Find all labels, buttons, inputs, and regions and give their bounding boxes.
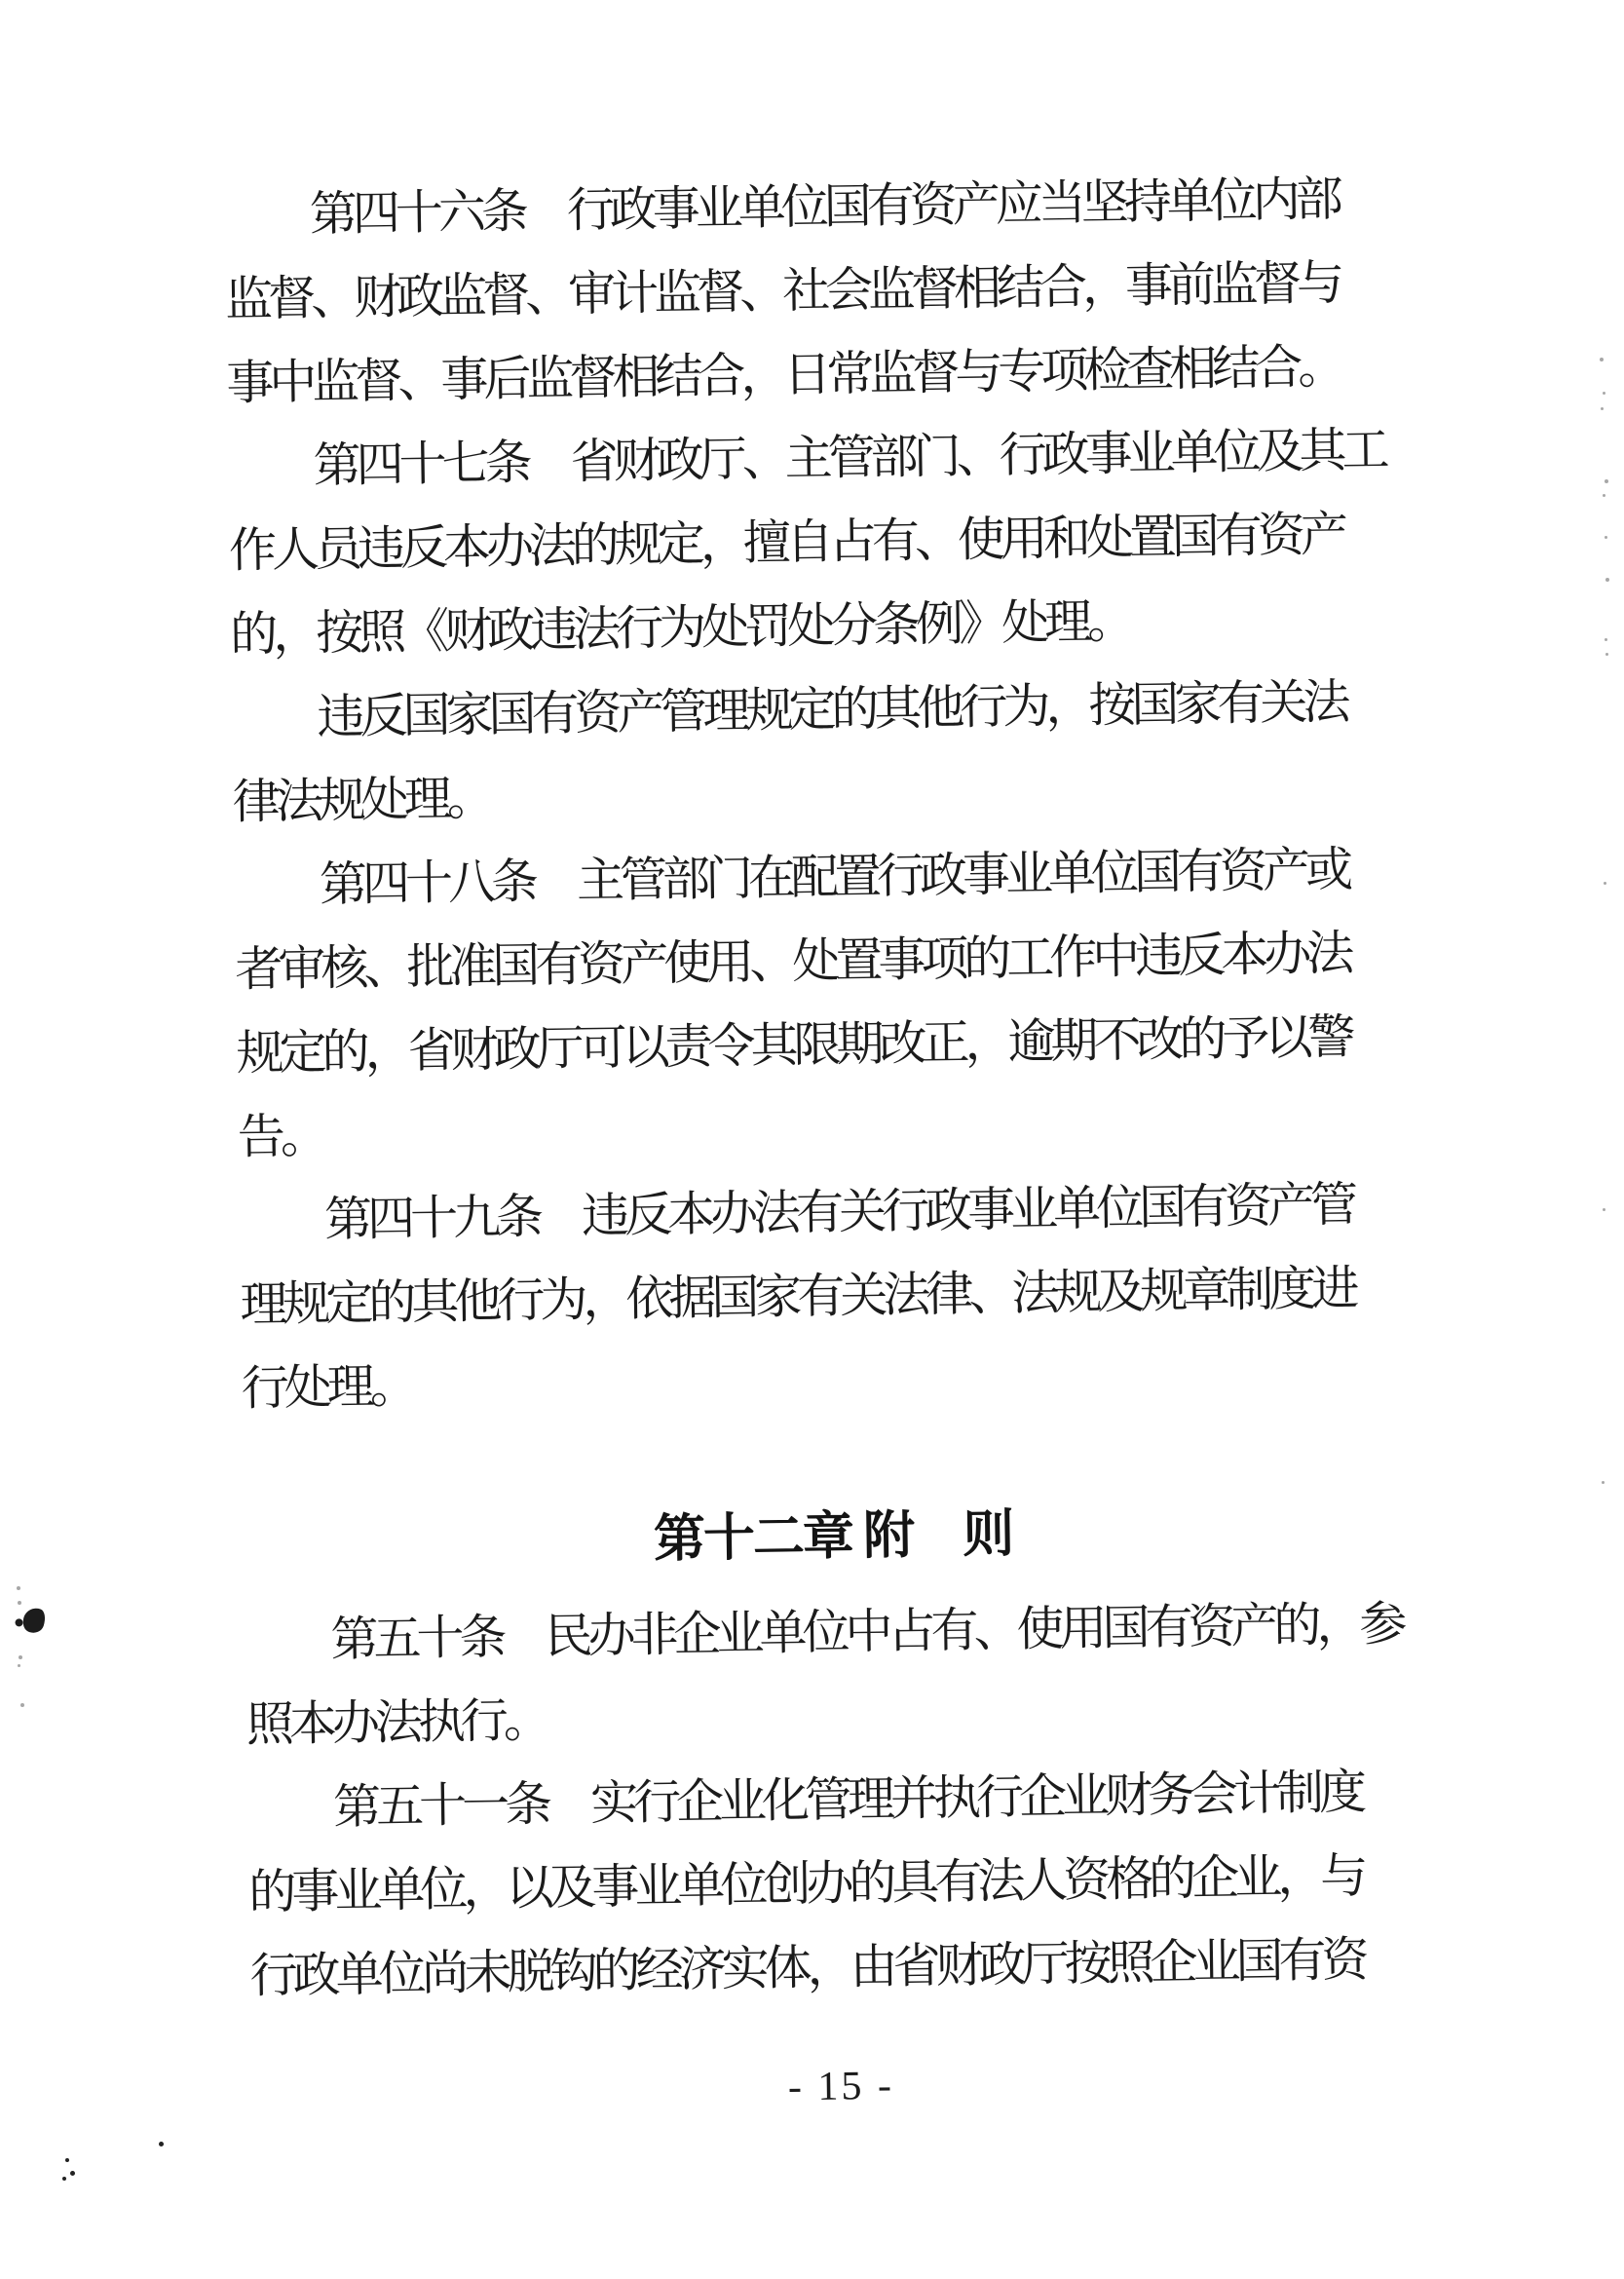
text-line: 行处理。: [241, 1330, 1420, 1431]
scan-speck: [1603, 1208, 1605, 1211]
paragraph-article-46: 第四十六条 行政事业单位国有资产应当坚持单位内部 监督、财政监督、审计监督、社会…: [223, 157, 1406, 426]
scan-speck: [1605, 578, 1609, 582]
scan-speck: [1605, 653, 1608, 656]
scan-speck: [70, 2171, 75, 2176]
scan-speck: [1603, 392, 1605, 395]
scan-speck: [19, 1655, 22, 1659]
text-column: 第四十六条 行政事业单位国有资产应当坚持单位内部 监督、财政监督、审计监督、社会…: [223, 157, 1430, 2119]
scan-speck: [62, 2177, 66, 2181]
text-line: 理规定的其他行为，依据国家有关法律、法规及规章制度进: [240, 1246, 1419, 1348]
text-line: 行政单位尚未脱钩的经济实体，由省财政厅按照企业国有资: [249, 1918, 1429, 2019]
paragraph-article-51: 第五十一条 实行企业化管理并执行企业财务会计制度 的事业单位，以及事业单位创办的…: [246, 1750, 1429, 2019]
scan-speck: [1602, 1481, 1605, 1484]
scan-speck: [159, 2142, 164, 2146]
text-line: 第五十条 民办非企业单位中占有、使用国有资产的，参: [245, 1582, 1424, 1684]
scan-speck: [17, 1586, 20, 1590]
ink-blot: [20, 1605, 49, 1636]
scan-speck: [1601, 407, 1604, 410]
text-line: 规定的，省财政厅可以责令其限期改正，逾期不改的予以警: [236, 995, 1416, 1096]
scan-speck: [18, 1601, 21, 1605]
scan-speck: [1605, 479, 1608, 483]
scan-speck: [1604, 882, 1606, 885]
paragraph-article-47: 第四十七条 省财政厅、主管部门、行政事业单位及其工 作人员违反本办法的规定，擅自…: [227, 408, 1410, 677]
paragraph-article-47-supplement: 违反国家国有资产管理规定的其他行为，按国家有关法 律法规处理。: [231, 660, 1412, 845]
text-line: 作人员违反本办法的规定，擅自占有、使用和处置国有资产: [228, 492, 1408, 593]
scan-speck: [18, 1664, 20, 1667]
scan-speck: [1603, 494, 1605, 497]
page-number: - 15 -: [251, 2055, 1431, 2119]
text-line: 违反国家国有资产管理规定的其他行为，按国家有关法: [231, 660, 1411, 761]
paragraph-article-48: 第四十八条 主管部门在配置行政事业单位国有资产或 者审核、批准国有资产使用、处置…: [233, 827, 1416, 1180]
paragraph-article-50: 第五十条 民办非企业单位中占有、使用国有资产的，参 照本办法执行。: [245, 1582, 1425, 1767]
chapter-heading: 第十二章 附 则: [243, 1485, 1422, 1590]
scan-speck: [1600, 358, 1604, 361]
scan-speck: [1605, 638, 1607, 641]
scan-speck: [20, 1703, 24, 1707]
scan-speck: [65, 2158, 69, 2162]
scan-speck: [1605, 536, 1607, 539]
paragraph-article-49: 第四十九条 违反本办法有关行政事业单位国有资产管 理规定的其他行为，依据国家有关…: [239, 1162, 1421, 1431]
document-page: 第四十六条 行政事业单位国有资产应当坚持单位内部 监督、财政监督、审计监督、社会…: [0, 0, 1624, 2279]
